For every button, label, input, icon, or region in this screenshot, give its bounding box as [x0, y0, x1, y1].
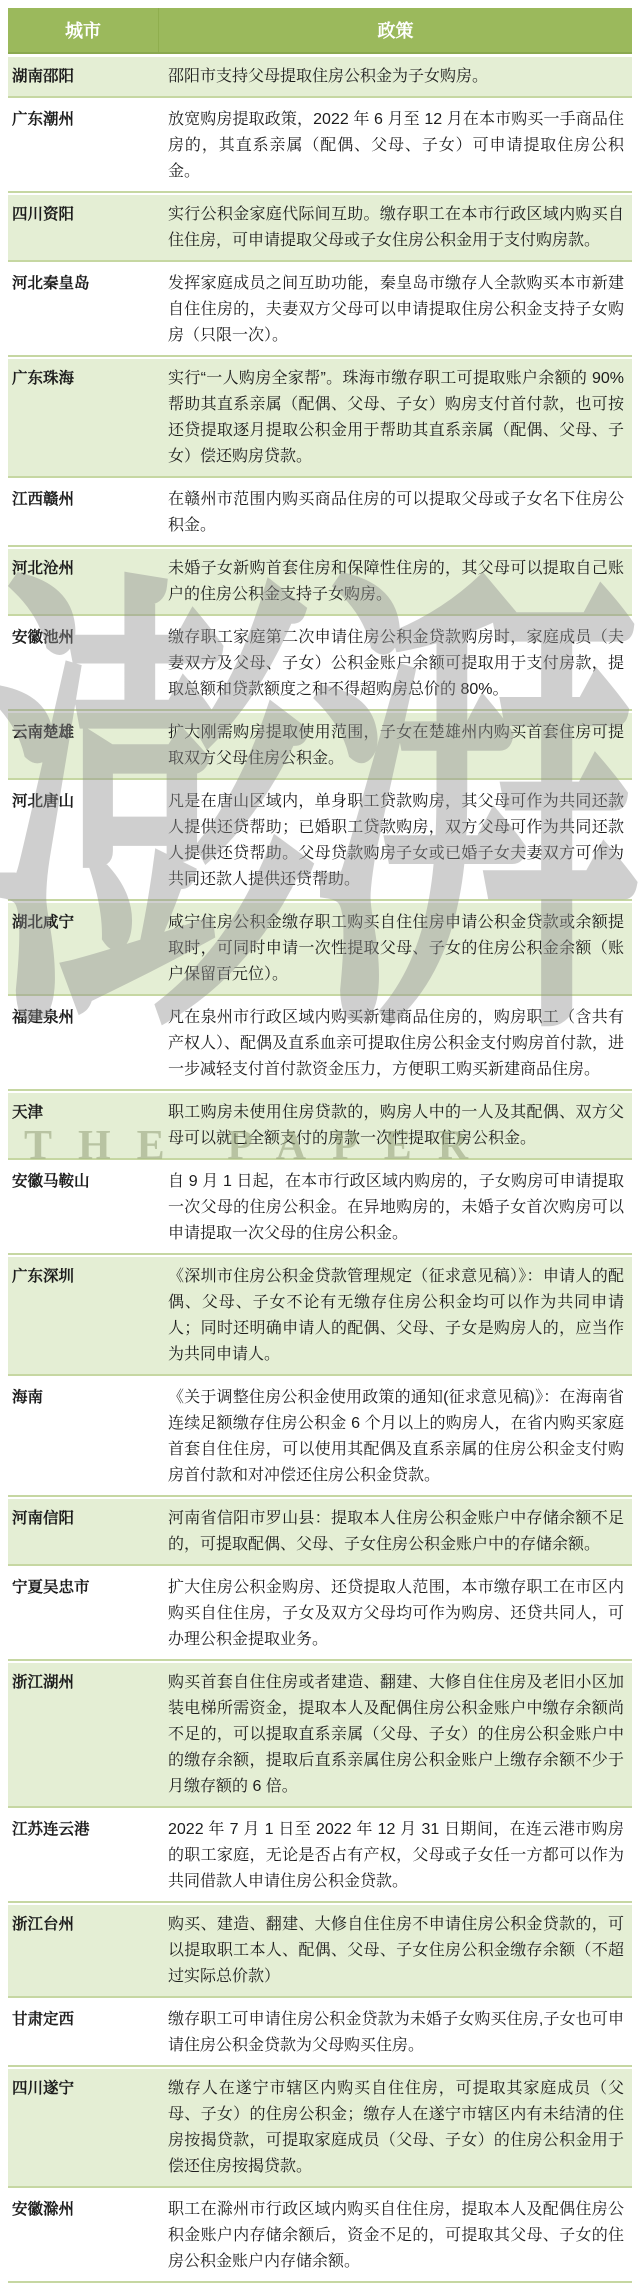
table-row: 江西赣州在赣州市范围内购买商品住房的可以提取父母或子女名下住房公积金。: [8, 480, 632, 547]
city-cell: 河北秦皇岛: [8, 269, 158, 349]
table-row: 安徽滁州职工在滁州市行政区域内购买自住住房，提取本人及配偶住房公积金账户内存储余…: [8, 2190, 632, 2283]
table-body: 湖南邵阳邵阳市支持父母提取住房公积金为子女购房。广东潮州放宽购房提取政策，202…: [8, 57, 632, 2283]
city-cell: 甘肃定西: [8, 2005, 158, 2059]
table-row: 河北唐山凡是在唐山区域内，单身职工贷款购房，其父母可作为共同还款人提供还贷帮助；…: [8, 782, 632, 901]
table-row: 河南信阳河南省信阳市罗山县：提取本人住房公积金账户中存储余额不足的，可提取配偶、…: [8, 1499, 632, 1566]
policy-cell: 放宽购房提取政策，2022 年 6 月至 12 月在本市购买一手商品住房的，其直…: [158, 105, 632, 185]
table-row: 天津职工购房未使用住房贷款的，购房人中的一人及其配偶、双方父母可以就已全额支付的…: [8, 1093, 632, 1160]
header-city: 城市: [8, 17, 158, 43]
table-row: 河北秦皇岛发挥家庭成员之间互助功能，秦皇岛市缴存人全款购买本市新建自住住房的，夫…: [8, 264, 632, 357]
table-row: 安徽马鞍山自 9 月 1 日起，在本市行政区域内购房的，子女购房可申请提取一次父…: [8, 1162, 632, 1255]
city-cell: 四川遂宁: [8, 2074, 158, 2180]
table-row: 浙江湖州购买首套自住住房或者建造、翻建、大修自住住房及老旧小区加装电梯所需资金，…: [8, 1663, 632, 1808]
city-cell: 宁夏吴忠市: [8, 1573, 158, 1653]
policy-cell: 邵阳市支持父母提取住房公积金为子女购房。: [158, 62, 632, 90]
table-row: 湖南邵阳邵阳市支持父母提取住房公积金为子女购房。: [8, 57, 632, 98]
city-cell: 河南信阳: [8, 1504, 158, 1558]
policy-cell: 扩大刚需购房提取使用范围，子女在楚雄州内购买首套住房可提取双方父母住房公积金。: [158, 718, 632, 772]
table-row: 广东珠海实行“一人购房全家帮”。珠海市缴存职工可提取账户余额的 90%帮助其直系…: [8, 359, 632, 478]
city-cell: 天津: [8, 1098, 158, 1152]
city-cell: 安徽滁州: [8, 2195, 158, 2275]
table-row: 四川资阳实行公积金家庭代际间互助。缴存职工在本市行政区域内购买自住住房，可申请提…: [8, 195, 632, 262]
city-cell: 河北沧州: [8, 554, 158, 608]
city-cell: 云南楚雄: [8, 718, 158, 772]
policy-cell: 《深圳市住房公积金贷款管理规定（征求意见稿）》：申请人的配偶、父母、子女不论有无…: [158, 1262, 632, 1368]
table-row: 四川遂宁缴存人在遂宁市辖区内购买自住住房，可提取其家庭成员（父母、子女）的住房公…: [8, 2069, 632, 2188]
policy-table: 城市 政策 湖南邵阳邵阳市支持父母提取住房公积金为子女购房。广东潮州放宽购房提取…: [8, 8, 632, 2283]
table-row: 云南楚雄扩大刚需购房提取使用范围，子女在楚雄州内购买首套住房可提取双方父母住房公…: [8, 713, 632, 780]
city-cell: 浙江湖州: [8, 1668, 158, 1800]
city-cell: 河北唐山: [8, 787, 158, 893]
policy-table-page: 城市 政策 湖南邵阳邵阳市支持父母提取住房公积金为子女购房。广东潮州放宽购房提取…: [0, 0, 640, 2295]
city-cell: 广东珠海: [8, 364, 158, 470]
table-row: 宁夏吴忠市扩大住房公积金购房、还贷提取人范围，本市缴存职工在市区内购买自住住房，…: [8, 1568, 632, 1661]
policy-cell: 实行“一人购房全家帮”。珠海市缴存职工可提取账户余额的 90%帮助其直系亲属（配…: [158, 364, 632, 470]
policy-cell: 购买、建造、翻建、大修自住住房不申请住房公积金贷款的，可以提取职工本人、配偶、父…: [158, 1910, 632, 1990]
city-cell: 江苏连云港: [8, 1815, 158, 1895]
city-cell: 四川资阳: [8, 200, 158, 254]
policy-cell: 职工购房未使用住房贷款的，购房人中的一人及其配偶、双方父母可以就已全额支付的房款…: [158, 1098, 632, 1152]
policy-cell: 自 9 月 1 日起，在本市行政区域内购房的，子女购房可申请提取一次父母的住房公…: [158, 1167, 632, 1247]
city-cell: 浙江台州: [8, 1910, 158, 1990]
policy-cell: 2022 年 7 月 1 日至 2022 年 12 月 31 日期间，在连云港市…: [158, 1815, 632, 1895]
policy-cell: 河南省信阳市罗山县：提取本人住房公积金账户中存储余额不足的，可提取配偶、父母、子…: [158, 1504, 632, 1558]
city-cell: 湖北咸宁: [8, 908, 158, 988]
header-policy: 政策: [158, 8, 632, 52]
table-row: 浙江台州购买、建造、翻建、大修自住住房不申请住房公积金贷款的，可以提取职工本人、…: [8, 1905, 632, 1998]
table-row: 广东深圳《深圳市住房公积金贷款管理规定（征求意见稿）》：申请人的配偶、父母、子女…: [8, 1257, 632, 1376]
city-cell: 海南: [8, 1383, 158, 1489]
table-row: 安徽池州缴存职工家庭第二次申请住房公积金贷款购房时，家庭成员（夫妻双方及父母、子…: [8, 618, 632, 711]
city-cell: 安徽马鞍山: [8, 1167, 158, 1247]
policy-cell: 缴存人在遂宁市辖区内购买自住住房，可提取其家庭成员（父母、子女）的住房公积金；缴…: [158, 2074, 632, 2180]
table-header: 城市 政策: [8, 8, 632, 54]
city-cell: 广东深圳: [8, 1262, 158, 1368]
policy-cell: 职工在滁州市行政区域内购买自住住房，提取本人及配偶住房公积金账户内存储余额后，资…: [158, 2195, 632, 2275]
table-row: 海南《关于调整住房公积金使用政策的通知(征求意见稿)》：在海南省连续足额缴存住房…: [8, 1378, 632, 1497]
policy-cell: 凡在泉州市行政区域内购买新建商品住房的，购房职工（含共有产权人）、配偶及直系血亲…: [158, 1003, 632, 1083]
table-row: 福建泉州凡在泉州市行政区域内购买新建商品住房的，购房职工（含共有产权人）、配偶及…: [8, 998, 632, 1091]
city-cell: 江西赣州: [8, 485, 158, 539]
table-row: 湖北咸宁咸宁住房公积金缴存职工购买自住住房申请公积金贷款或余额提取时，可同时申请…: [8, 903, 632, 996]
table-row: 江苏连云港2022 年 7 月 1 日至 2022 年 12 月 31 日期间，…: [8, 1810, 632, 1903]
policy-cell: 凡是在唐山区域内，单身职工贷款购房，其父母可作为共同还款人提供还贷帮助；已婚职工…: [158, 787, 632, 893]
policy-cell: 实行公积金家庭代际间互助。缴存职工在本市行政区域内购买自住住房，可申请提取父母或…: [158, 200, 632, 254]
policy-cell: 咸宁住房公积金缴存职工购买自住住房申请公积金贷款或余额提取时，可同时申请一次性提…: [158, 908, 632, 988]
policy-cell: 购买首套自住住房或者建造、翻建、大修自住住房及老旧小区加装电梯所需资金，提取本人…: [158, 1668, 632, 1800]
policy-cell: 未婚子女新购首套住房和保障性住房的，其父母可以提取自己账户的住房公积金支持子女购…: [158, 554, 632, 608]
policy-cell: 扩大住房公积金购房、还贷提取人范围，本市缴存职工在市区内购买自住住房，子女及双方…: [158, 1573, 632, 1653]
policy-cell: 缴存职工可申请住房公积金贷款为未婚子女购买住房,子女也可申请住房公积金贷款为父母…: [158, 2005, 632, 2059]
city-cell: 安徽池州: [8, 623, 158, 703]
policy-cell: 在赣州市范围内购买商品住房的可以提取父母或子女名下住房公积金。: [158, 485, 632, 539]
table-row: 河北沧州未婚子女新购首套住房和保障性住房的，其父母可以提取自己账户的住房公积金支…: [8, 549, 632, 616]
policy-cell: 《关于调整住房公积金使用政策的通知(征求意见稿)》：在海南省连续足额缴存住房公积…: [158, 1383, 632, 1489]
policy-cell: 发挥家庭成员之间互助功能，秦皇岛市缴存人全款购买本市新建自住住房的，夫妻双方父母…: [158, 269, 632, 349]
city-cell: 广东潮州: [8, 105, 158, 185]
table-row: 甘肃定西缴存职工可申请住房公积金贷款为未婚子女购买住房,子女也可申请住房公积金贷…: [8, 2000, 632, 2067]
table-row: 广东潮州放宽购房提取政策，2022 年 6 月至 12 月在本市购买一手商品住房…: [8, 100, 632, 193]
policy-cell: 缴存职工家庭第二次申请住房公积金贷款购房时，家庭成员（夫妻双方及父母、子女）公积…: [158, 623, 632, 703]
city-cell: 福建泉州: [8, 1003, 158, 1083]
city-cell: 湖南邵阳: [8, 62, 158, 90]
